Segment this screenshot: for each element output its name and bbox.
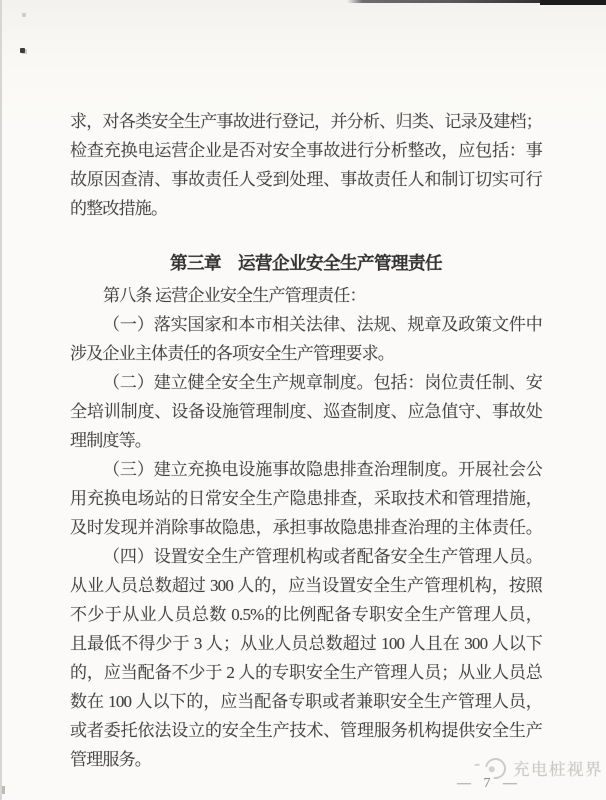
text-line: 管理服务。 <box>70 745 542 774</box>
text-line: 故原因查清、事故责任人受到处理、事故责任人和制订切实可行 <box>70 165 542 194</box>
scanned-document-page: 求，对各类安全生产事故进行登记，并分析、归类、记录及建档；检查充换电运营企业是否… <box>0 0 606 800</box>
text-line: 不少于从业人员总数 0.5%的比例配备专职安全生产管理人员， <box>70 600 542 629</box>
scan-speck-dark <box>20 48 25 53</box>
text-line: 及时发现并消除事故隐患，承担事故隐患排查治理的主体责任。 <box>70 513 542 542</box>
text-line: 求，对各类安全生产事故进行登记，并分析、归类、记录及建档； <box>70 107 542 136</box>
text-line: 的整改措施。 <box>70 194 542 223</box>
text-line: 数在 100 人以下的，应当配备专职或者兼职安全生产管理人员， <box>70 687 542 716</box>
text-line: （四）设置安全生产管理机构或者配备安全生产管理人员。 <box>70 542 542 571</box>
text-line: 的，应当配备不少于 2 人的专职安全生产管理人员；从业人员总 <box>70 658 542 687</box>
text-line: 从业人员总数超过 300 人的，应当设置安全生产管理机构，按照 <box>70 571 542 600</box>
page-number: — 7 — <box>445 776 531 792</box>
text-line: 检查充换电运营企业是否对安全事故进行分析整改，应包括：事 <box>70 136 542 165</box>
text-line: 全培训制度、设备设施管理制度、巡查制度、应急值守、事故处 <box>70 397 542 426</box>
text-line: （三）建立充换电设施事故隐患排查治理制度。开展社会公 <box>70 455 542 484</box>
text-line: 理制度等。 <box>70 426 542 455</box>
scan-edge-bar-dark <box>540 0 606 5</box>
scan-speck-faint <box>22 13 26 17</box>
text-line: （一）落实国家和本市相关法律、法规、规章及政策文件中 <box>70 310 542 339</box>
text-line: 用充换电场站的日常安全生产隐患排查，采取技术和管理措施， <box>70 484 542 513</box>
text-line: 第八条 运营企业安全生产管理责任： <box>70 281 542 310</box>
document-body: 求，对各类安全生产事故进行登记，并分析、归类、记录及建档；检查充换电运营企业是否… <box>70 107 542 774</box>
text-line: 或者委托依法设立的安全生产技术、管理服务机构提供安全生产 <box>70 716 542 745</box>
scan-edge-mark <box>2 786 5 794</box>
chapter-heading: 第三章 运营企业安全生产管理责任 <box>70 249 542 278</box>
text-line: 且最低不得少于 3 人；从业人员总数超过 100 人且在 300 人以下 <box>70 629 542 658</box>
text-line: （二）建立健全安全生产规章制度。包括：岗位责任制、安 <box>70 368 542 397</box>
text-line: 涉及企业主体责任的各项安全生产管理要求。 <box>70 339 542 368</box>
